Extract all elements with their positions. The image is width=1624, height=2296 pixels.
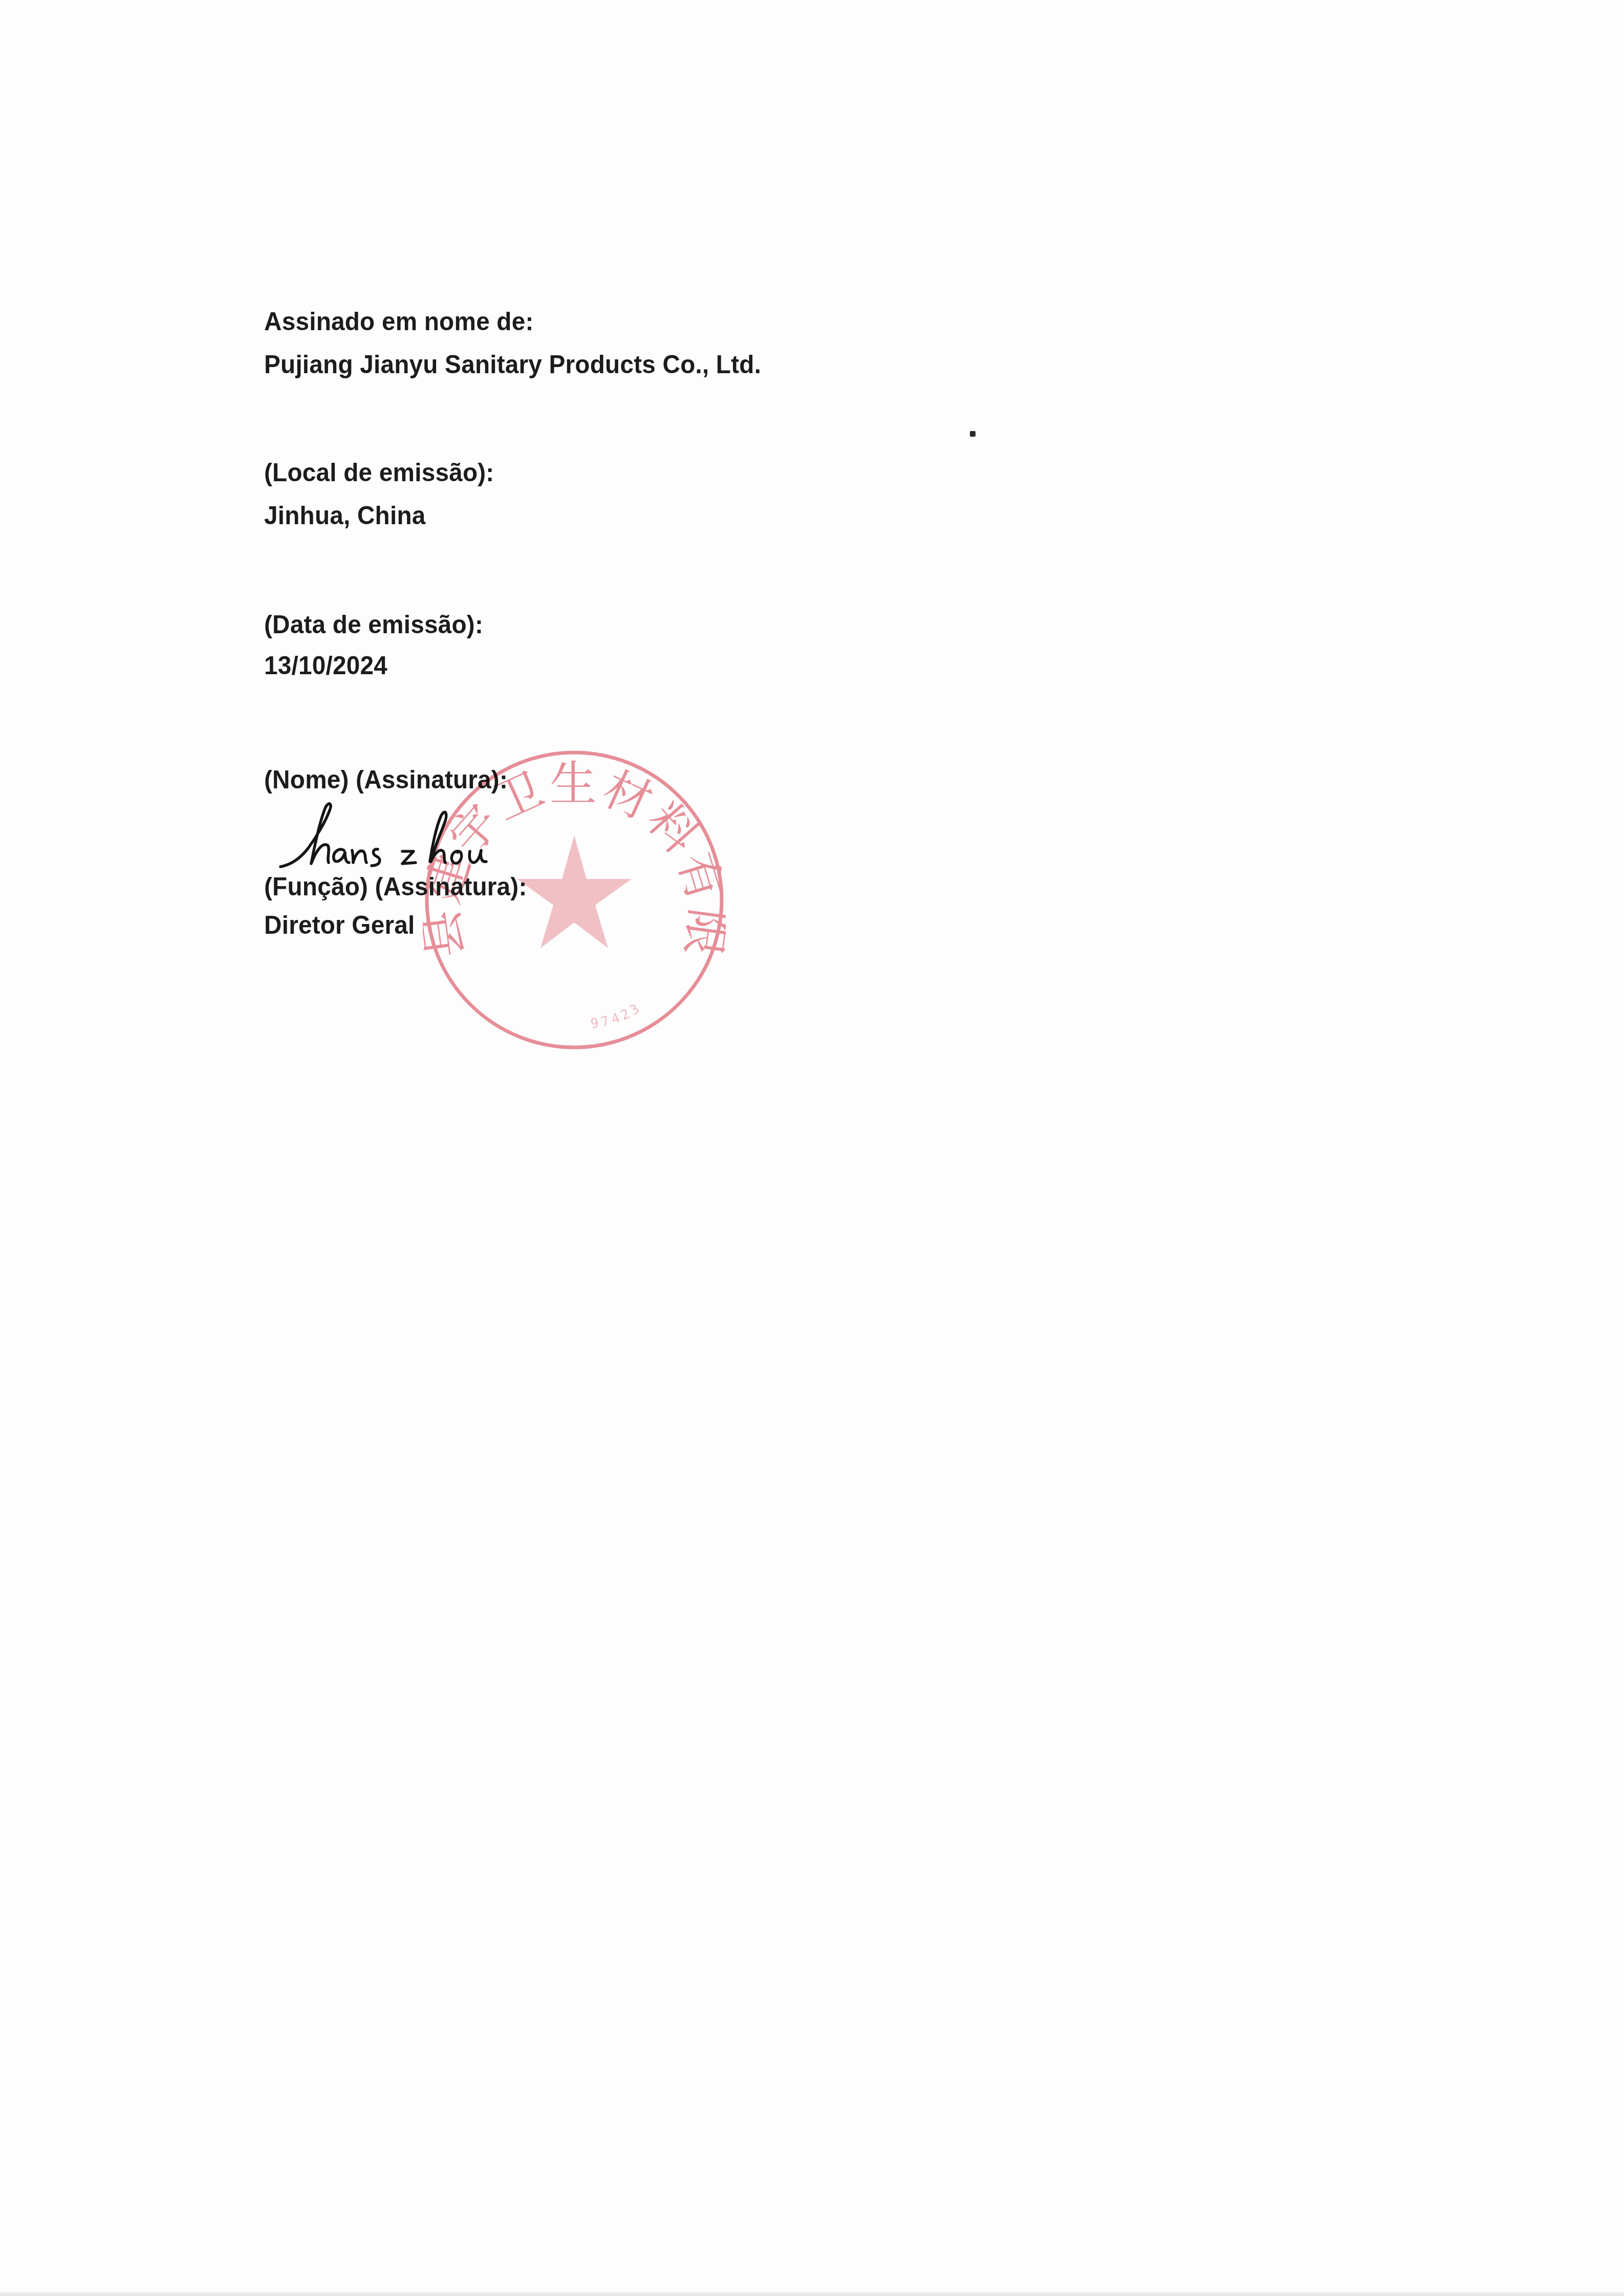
scan-bottom-edge xyxy=(0,2292,1624,2296)
place-of-issue-label: (Local de emissão): xyxy=(264,460,494,485)
scan-speck xyxy=(970,431,976,437)
handwritten-signature: hans zhou xyxy=(276,801,496,878)
date-of-issue: 13/10/2024 xyxy=(264,653,387,678)
signed-on-behalf-label: Assinado em nome de: xyxy=(264,309,534,334)
date-of-issue-label: (Data de emissão): xyxy=(264,612,483,637)
function-value: Diretor Geral xyxy=(264,912,415,938)
seal-star-icon xyxy=(517,835,632,948)
function-signature-label: (Função) (Assinatura): xyxy=(264,874,527,899)
company-name: Pujiang Jianyu Sanitary Products Co., Lt… xyxy=(264,352,761,377)
seal-registration-code: 97423 xyxy=(590,1000,645,1032)
place-of-issue: Jinhua, China xyxy=(264,503,426,528)
document-page: Assinado em nome de: Pujiang Jianyu Sani… xyxy=(0,0,1624,2296)
